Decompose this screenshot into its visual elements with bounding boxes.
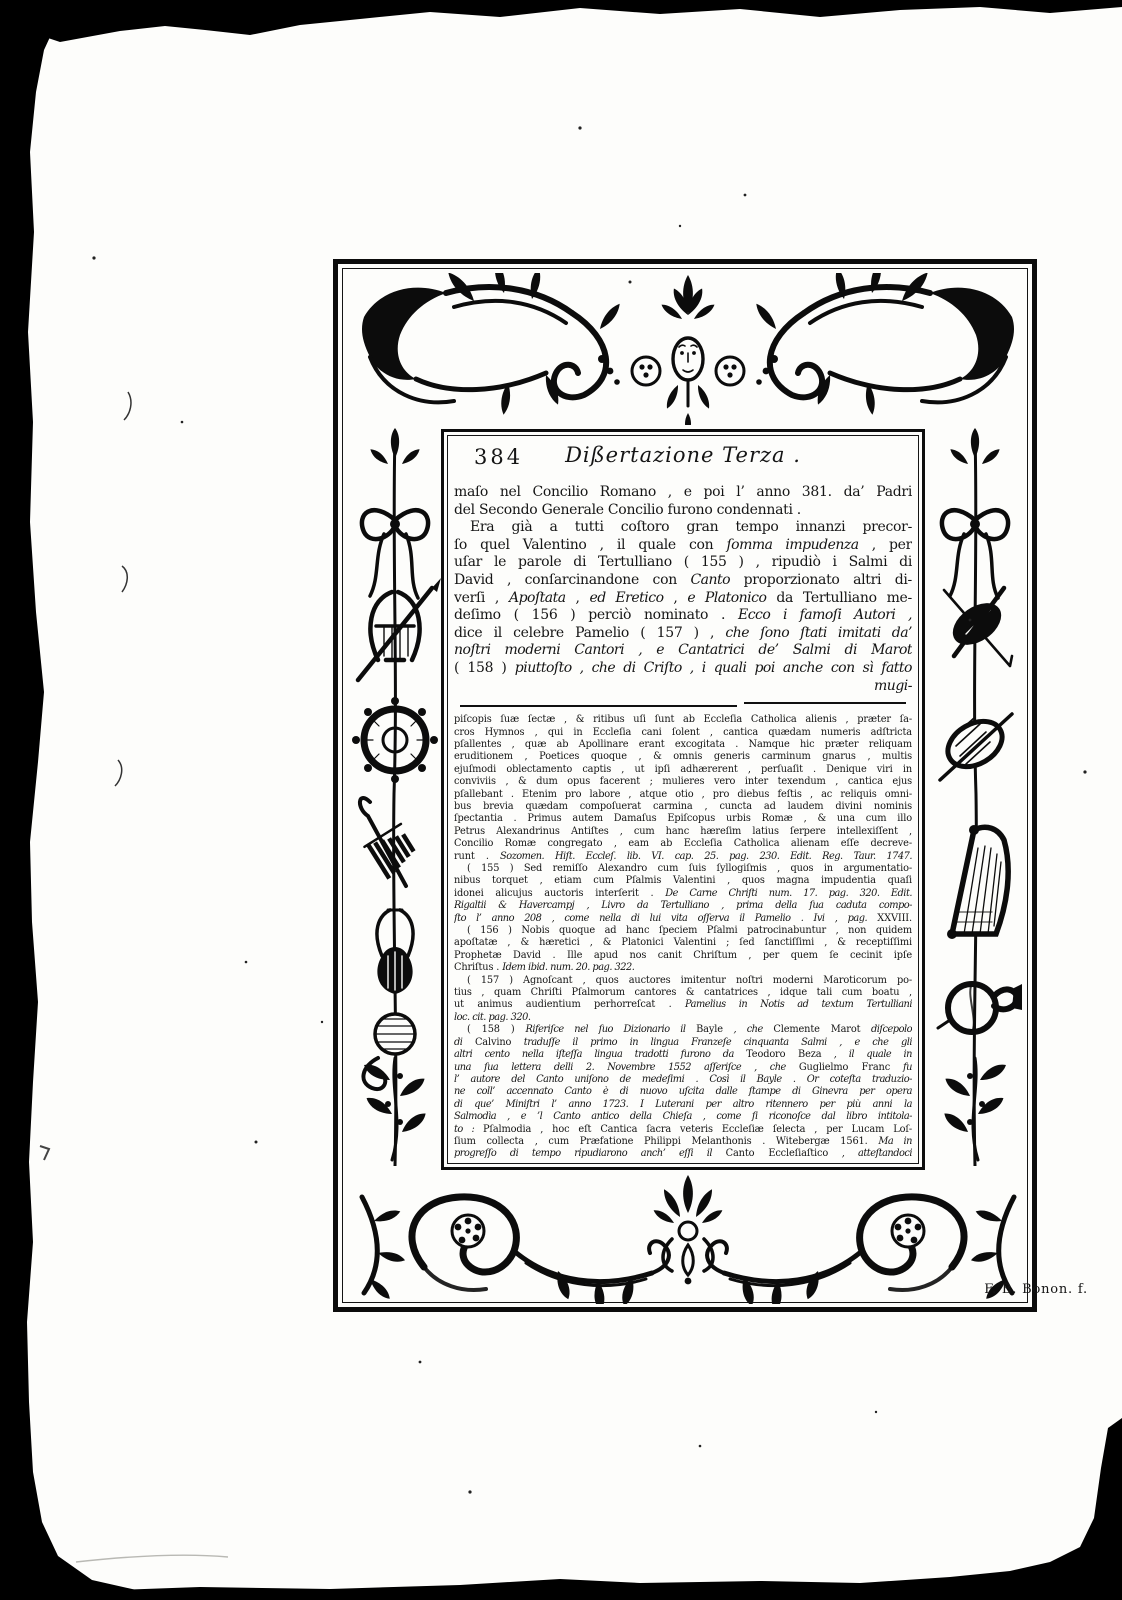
text-line: Prophetæ David . Ille apud nos canit Chr… <box>454 950 912 962</box>
harp-icon <box>947 825 1008 939</box>
left-ornament-instrument-trophy <box>348 428 442 1166</box>
text-line: mugi- <box>454 678 912 696</box>
text-line: ne coll’ accennato Canto è di nuovo uſci… <box>454 1086 912 1098</box>
text-line: l’ autore del Canto uniſono de medeſimi … <box>454 1074 912 1086</box>
footnotes: piſcopis ſuæ ſectæ , & ritibus uſi ſunt … <box>454 714 912 1161</box>
bottom-ornament-scrollwork-palmette <box>350 1169 1026 1304</box>
text-line: dice il celebre Pamelio ( 157 ) , che ſo… <box>454 625 912 643</box>
text-line: ejuſmodi oblectamento captis , ut ipſi a… <box>454 764 912 776</box>
text-line: loc. cit. pag. 320. <box>454 1012 912 1024</box>
text-line: di Calvino traduſſe il primo in lingua F… <box>454 1037 912 1049</box>
hunting-horn-icon <box>938 984 1022 1032</box>
panpipes-with-crook-icon <box>360 798 421 886</box>
text-line: Concilio Romæ congregato , eam ab Eccleſ… <box>454 838 912 850</box>
text-line: Chriſtus . Idem ibid. num. 20. pag. 322. <box>454 962 912 974</box>
page-number: 384 <box>474 445 523 469</box>
text-line: ( 158 ) piuttoſto , che di Criſto , i qu… <box>454 660 912 678</box>
text-box: 384 Dißertazione Terza . maſo nel Concil… <box>441 429 925 1170</box>
text-line: maſo nel Concilio Romano , e poi l’ anno… <box>454 484 912 502</box>
text-line: ( 158 ) Riferiſce nel ſuo Dizionario il … <box>454 1024 912 1036</box>
leafy-sprig-icon <box>362 1058 429 1160</box>
text-line: Rigaltii & Havercampj , Livro da Tertull… <box>454 900 912 912</box>
text-line: ſto l’ anno 208 , come nella di lui vita… <box>454 913 912 925</box>
violin-with-bow-icon <box>944 588 1012 666</box>
text-line: nibus torquet , etiam cum Pſalmis Valent… <box>454 875 912 887</box>
leafy-sprig-icon <box>941 1058 1008 1160</box>
text-line: idonei alicujus auctoris interſerit . De… <box>454 888 912 900</box>
text-line: di que’ Miniſtri l’ anno 1723. I Luteran… <box>454 1099 912 1111</box>
text-line: eruditionem , Poetices quoque , & omnis … <box>454 751 912 763</box>
text-line: apoſtatæ , & hæretici , & Platonici Vale… <box>454 937 912 949</box>
footnote-divider <box>456 698 910 711</box>
text-line: conviviis , & dum opus facerent ; mulier… <box>454 776 912 788</box>
mask-face-icon <box>632 275 744 425</box>
text-line: verſi , Apoſtata , ed Eretico , e Platon… <box>454 590 912 608</box>
engraved-frame: 384 Dißertazione Terza . maſo nel Concil… <box>333 259 1037 1312</box>
text-line: noſtri moderni Cantori , e Cantatrici de… <box>454 642 912 660</box>
text-line: ut animus audientium perhorreſcat . Pame… <box>454 999 912 1011</box>
text-line: bus brevia quædam compoſuerat carmina , … <box>454 801 912 813</box>
text-line: uſar le parole di Tertulliano ( 155 ) , … <box>454 554 912 572</box>
text-line: ( 157 ) Agnoſcant , quos auctores imiten… <box>454 975 912 987</box>
text-line: Salmodìa , e ’l Canto antico della Chieſ… <box>454 1111 912 1123</box>
text-line: ſium collecta , cum Præfatione Philippi … <box>454 1136 912 1148</box>
text-line: pſallebant . Etenim pro labore , atque o… <box>454 789 912 801</box>
right-ornament-instrument-trophy <box>928 428 1022 1166</box>
top-ornament-scrollwork-mask-icon <box>350 273 1026 425</box>
text-line: runt . Sozomen. Hiſt. Eccleſ. lib. VI. c… <box>454 851 912 863</box>
main-text: maſo nel Concilio Romano , e poi l’ anno… <box>454 484 912 695</box>
text-line: pſallentes , quæ ab Apollinare erant exc… <box>454 739 912 751</box>
text-line: tius , quam Chriſti Pſalmorum cantores &… <box>454 987 912 999</box>
text-line: piſcopis ſuæ ſectæ , & ritibus uſi ſunt … <box>454 714 912 726</box>
text-line: Era già a tutti coſtoro gran tempo innan… <box>454 519 912 537</box>
scanned-book-page: 384 Dißertazione Terza . maſo nel Concil… <box>0 0 1122 1600</box>
text-line: una ſua lettera delli 2. Novembre 1552 a… <box>454 1062 912 1074</box>
text-line: deſimo ( 156 ) perciò nominato . Ecco i … <box>454 607 912 625</box>
text-line: Petrus Alexandrinus Antiſtes , cum hanc … <box>454 826 912 838</box>
text-line: progreſſo di tempo ripudiarono anch’ eſſ… <box>454 1148 912 1160</box>
text-line: cros Hymnos , qui in Eccleſia cani ſolen… <box>454 727 912 739</box>
text-line: David , conſarcinandone con Canto propor… <box>454 572 912 590</box>
text-line: altri cento nella iſteſſa lingua tradott… <box>454 1049 912 1061</box>
text-line: ( 155 ) Sed remiſſo Alexandro cum ſuis ſ… <box>454 863 912 875</box>
text-line: ſpectantia . Primus autem Damaſus Epiſco… <box>454 813 912 825</box>
text-line: ( 156 ) Nobis quoque ad hanc ſpeciem Pſa… <box>454 925 912 937</box>
hatched-globe-icon <box>363 1014 415 1089</box>
page-header: 384 Dißertazione Terza . <box>454 441 912 481</box>
text-line: del Secondo Generale Concilio furono con… <box>454 502 912 520</box>
text-line: ſo quel Valentino , il quale con ſomma i… <box>454 537 912 555</box>
text-line: to : Pſalmodia , hoc eſt Cantica ſacra v… <box>454 1124 912 1136</box>
engraver-signature: F. B. Bonon. f. <box>938 1282 1088 1297</box>
